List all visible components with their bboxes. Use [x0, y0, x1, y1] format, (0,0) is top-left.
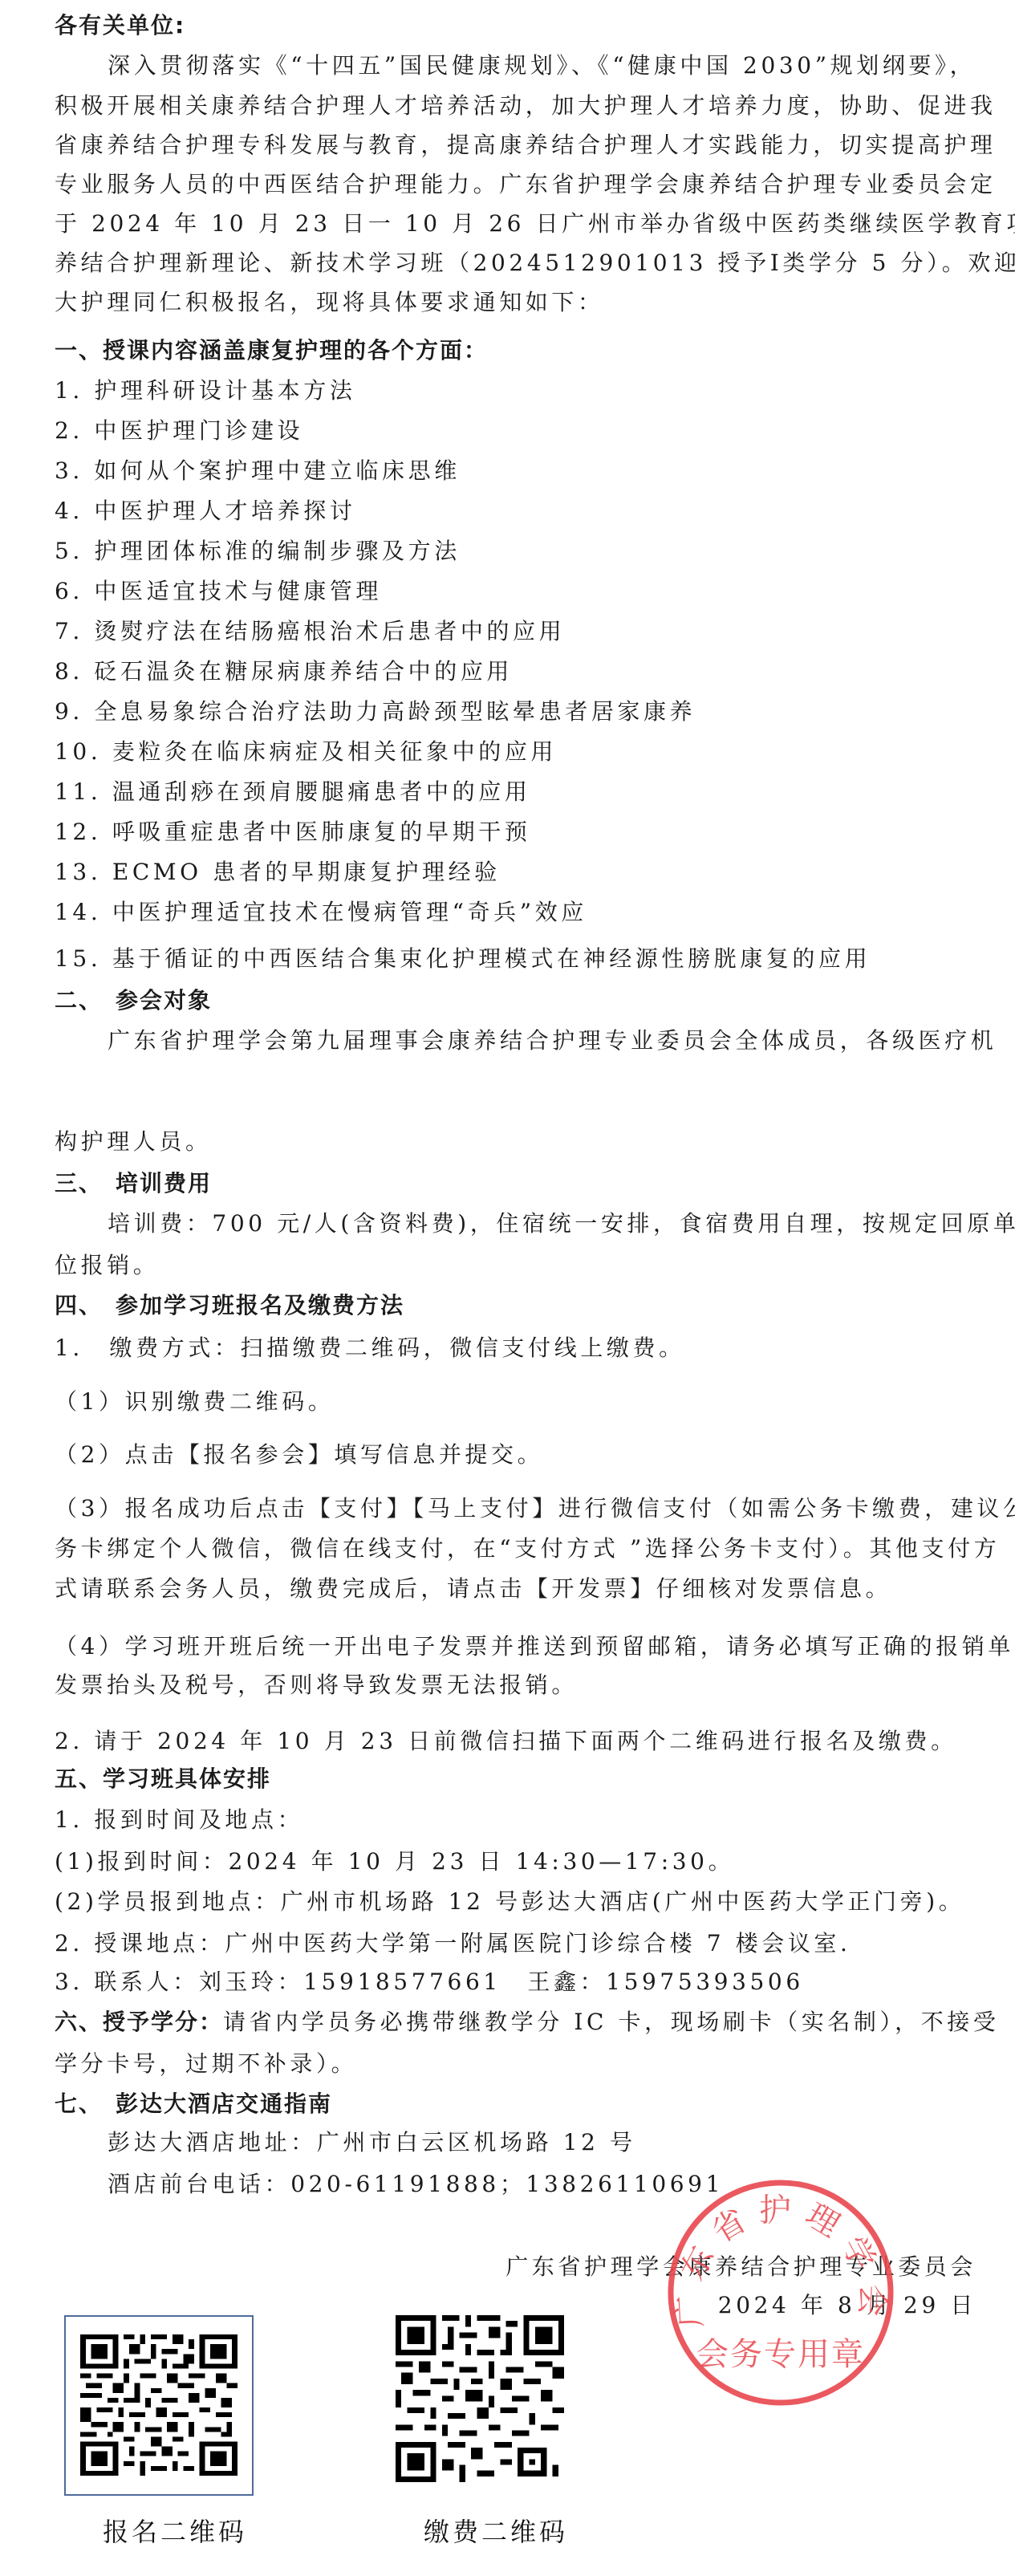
list-item: 12. 呼吸重症患者中医肺康复的早期干预 — [55, 816, 530, 848]
intro-line: 积极开展相关康养结合护理人才培养活动，加大护理人才培养力度，协助、促进我 — [55, 90, 997, 122]
signature-org: 广东省护理学会康养结合护理专业委员会 — [505, 2251, 976, 2283]
section-heading: 四、 参加学习班报名及缴费方法 — [55, 1290, 404, 1322]
paragraph-line: (2)学员报到地点：广州市机场路 12 号彭达大酒店(广州中医药大学正门旁)。 — [55, 1886, 964, 1918]
paragraph-line: 构护理人员。 — [55, 1126, 212, 1158]
intro-line: 省康养结合护理专科发展与教育，提高康养结合护理人才实践能力，切实提高护理 — [55, 129, 997, 161]
list-item: 8. 砭石温灸在糖尿病康养结合中的应用 — [55, 656, 513, 688]
paragraph-line: 务卡绑定个人微信，微信在线支付，在“支付方式 ”选择公务卡支付）。其他支付方 — [55, 1533, 1000, 1565]
list-item: 9. 全息易象综合治疗法助力高龄颈型眩晕患者居家康养 — [55, 696, 696, 728]
paragraph-line: 学分卡号，过期不补录）。 — [55, 2048, 357, 2080]
list-item: 14. 中医护理适宜技术在慢病管理“奇兵”效应 — [55, 896, 587, 928]
paragraph-line: 1. 报到时间及地点： — [55, 1804, 303, 1836]
payment-qr-code[interactable] — [396, 2315, 564, 2482]
paragraph-line: 2. 请于 2024 年 10 月 23 日前微信扫描下面两个二维码进行报名及缴… — [55, 1725, 957, 1757]
salutation: 各有关单位: — [55, 10, 185, 42]
list-item: 6. 中医适宜技术与健康管理 — [55, 575, 382, 607]
list-item: 3. 如何从个案护理中建立临床思维 — [55, 455, 461, 487]
stamp-center-text: 会务专用章 — [696, 2336, 865, 2373]
list-item: 2. 中医护理门诊建设 — [55, 415, 303, 447]
paragraph-line: （4）学习班开班后统一开出电子发票并推送到预留邮箱，请务必填写正确的报销单位 — [55, 1631, 1015, 1663]
paragraph-line: 广东省护理学会第九届理事会康养结合护理专业委员会全体成员，各级医疗机 — [108, 1025, 997, 1057]
list-item: 10. 麦粒灸在临床病症及相关征象中的应用 — [55, 736, 557, 768]
list-item: 5. 护理团体标准的编制步骤及方法 — [55, 535, 461, 567]
intro-line: 专业服务人员的中西医结合护理能力。广东省护理学会康养结合护理专业委员会定 — [55, 169, 997, 201]
list-item: 13. ECMO 患者的早期康复护理经验 — [55, 856, 501, 888]
contact-line: 3. 联系人：刘玉玲：15918577661 王鑫：15975393506 — [55, 1966, 804, 1998]
paragraph-line: （3）报名成功后点击【支付】【马上支付】进行微信支付（如需公务卡缴费，建议公 — [55, 1493, 1015, 1525]
list-item: 4. 中医护理人才培养探讨 — [55, 495, 355, 527]
signature-date: 2024 年 8 月 29 日 — [718, 2290, 976, 2322]
credits-text: 请省内学员务必携带继教学分 IC 卡，现场刷卡（实名制），不接受 — [223, 2009, 1000, 2035]
paragraph-line: (1)报到时间：2024 年 10 月 23 日 14:30—17:30。 — [55, 1846, 734, 1878]
section-heading: 一、授课内容涵盖康复护理的各个方面： — [55, 335, 488, 367]
paragraph-line: 发票抬头及税号，否则将导致发票无法报销。 — [55, 1669, 578, 1701]
paragraph-line: 式请联系会务人员，缴费完成后，请点击【开发票】仔细核对发票信息。 — [55, 1573, 891, 1605]
section-heading: 七、 彭达大酒店交通指南 — [55, 2088, 332, 2120]
paragraph-line: 1. 缴费方式：扫描缴费二维码，微信支付线上缴费。 — [55, 1332, 685, 1364]
paragraph-line: 2. 授课地点：广州中医药大学第一附属医院门诊综合楼 7 楼会议室. — [55, 1928, 851, 1960]
hotel-address: 彭达大酒店地址：广州市白云区机场路 12 号 — [108, 2127, 636, 2159]
section-heading: 五、学习班具体安排 — [55, 1763, 271, 1795]
list-item: 7. 烫熨疗法在结肠癌根治术后患者中的应用 — [55, 616, 565, 648]
paragraph-line: （2）点击【报名参会】填写信息并提交。 — [55, 1439, 543, 1471]
registration-qr-code[interactable] — [64, 2315, 254, 2496]
registration-qr-label: 报名二维码 — [103, 2516, 247, 2548]
section-heading: 六、授予学分： — [55, 2009, 223, 2035]
qr-code-icon — [396, 2315, 564, 2482]
payment-qr-label: 缴费二维码 — [424, 2516, 568, 2548]
paragraph-line: 位报销。 — [55, 1249, 159, 1282]
list-item: 11. 温通刮痧在颈肩腰腿痛患者中的应用 — [55, 776, 530, 808]
paragraph-line: 六、授予学分：请省内学员务必携带继教学分 IC 卡，现场刷卡（实名制），不接受 — [55, 2006, 1000, 2038]
intro-line: 养结合护理新理论、新技术学习班（2024512901013 授予Ⅰ类学分 5 分… — [55, 247, 1015, 279]
list-item: 1. 护理科研设计基本方法 — [55, 375, 355, 407]
qr-code-icon — [80, 2334, 238, 2476]
hotel-phone: 酒店前台电话：020-61191888；13826110691 — [108, 2168, 724, 2200]
section-heading: 三、 培训费用 — [55, 1168, 212, 1200]
paragraph-line: （1）识别缴费二维码。 — [55, 1386, 334, 1418]
intro-line: 深入贯彻落实《“十四五”国民健康规划》、《“健康中国 2030”规划纲要》， — [108, 50, 976, 82]
list-item: 15. 基于循证的中西医结合集束化护理模式在神经源性膀胱康复的应用 — [55, 943, 871, 975]
section-heading: 二、 参会对象 — [55, 985, 212, 1017]
intro-line: 于 2024 年 10 月 23 日一 10 月 26 日广州市举办省级中医药类… — [55, 208, 1015, 240]
paragraph-line: 培训费：700 元/人(含资料费)，住宿统一安排，食宿费用自理，按规定回原单 — [108, 1208, 1015, 1240]
intro-line: 大护理同仁积极报名，现将具体要求通知如下： — [55, 286, 604, 319]
